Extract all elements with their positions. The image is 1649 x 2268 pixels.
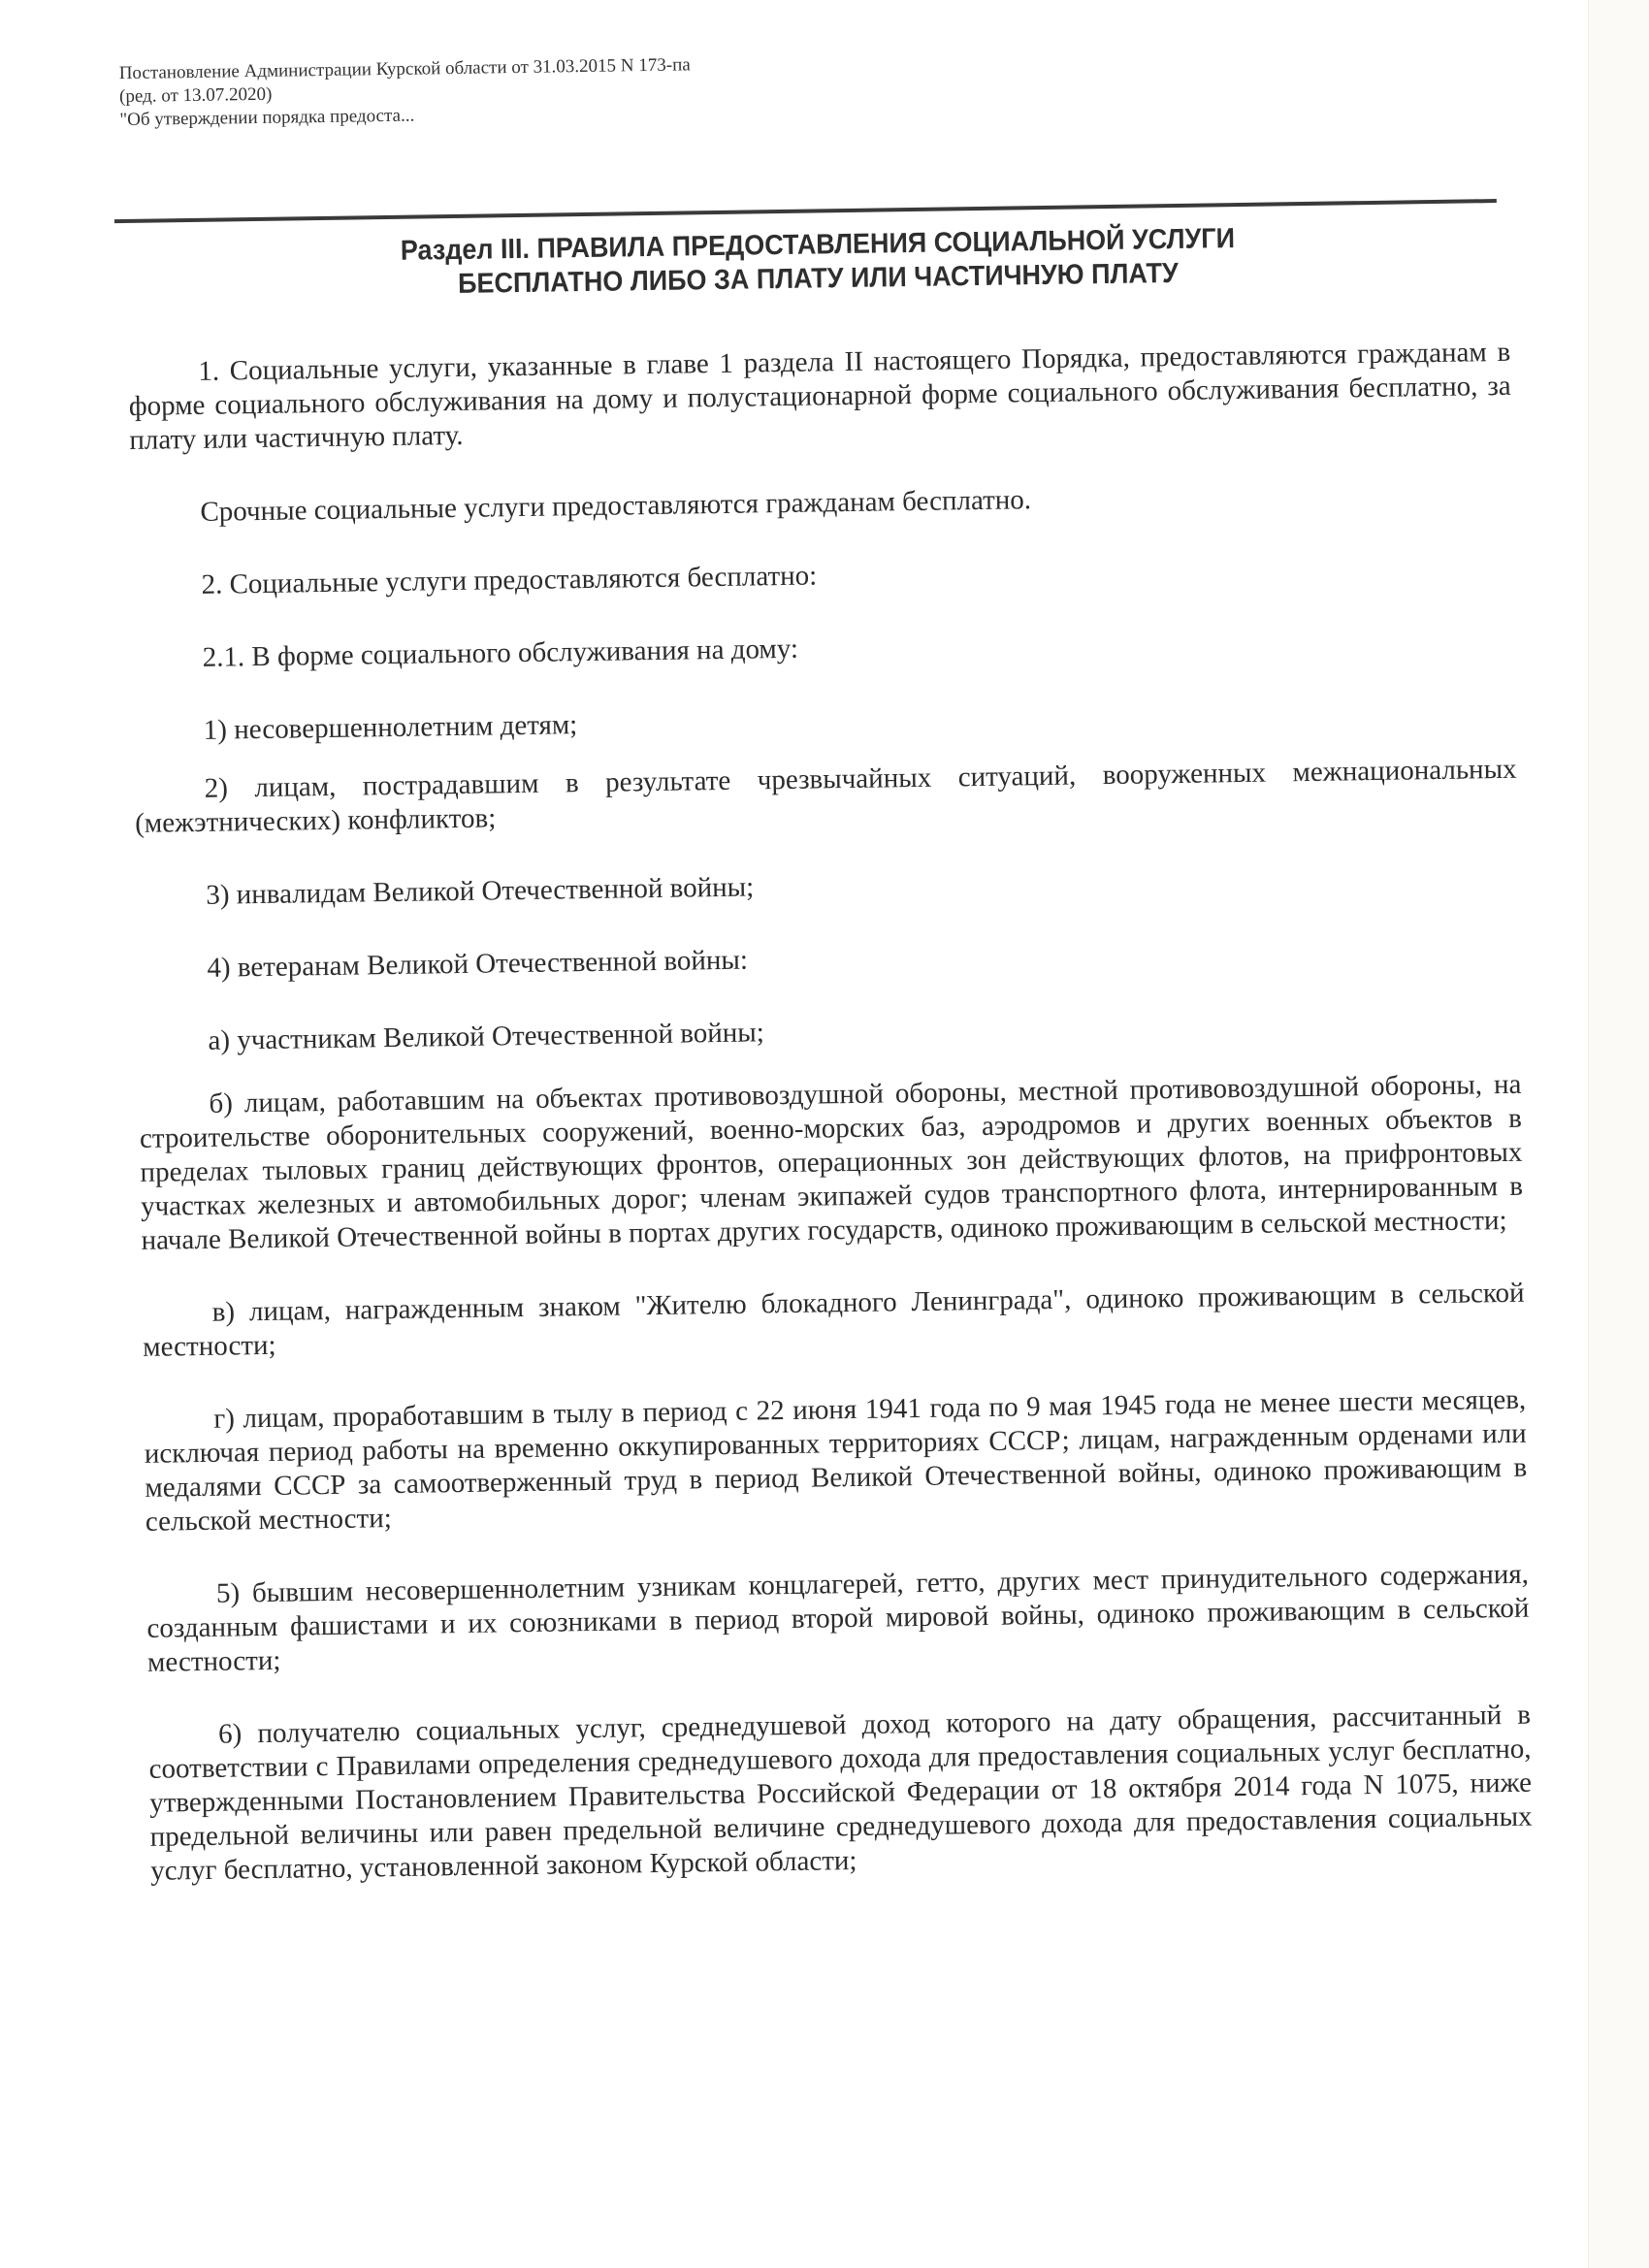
document-header: Постановление Администрации Курской обла…: [119, 53, 692, 132]
document-body: 1. Социальные услуги, указанные в главе …: [128, 336, 1534, 1928]
paragraph-1: 1. Социальные услуги, указанные в главе …: [128, 336, 1511, 458]
paragraph-urgent-services: Срочные социальные услуги предоставляютс…: [130, 476, 1512, 531]
list-item-4a: а) участникам Великой Отечественной войн…: [138, 1005, 1520, 1059]
list-item-1: 1) несовершеннолетним детям;: [134, 695, 1516, 749]
list-item-4g: г) лицам, проработавшим в тылу в период …: [144, 1383, 1528, 1539]
list-item-4v: в) лицам, награжденным знаком "Жителю бл…: [142, 1277, 1525, 1365]
list-item-5: 5) бывшим несовершеннолетним узникам кон…: [146, 1558, 1530, 1680]
section-title: Раздел III. ПРАВИЛА ПРЕДОСТАВЛЕНИЯ СОЦИА…: [175, 219, 1461, 307]
header-divider-rule: [114, 199, 1497, 223]
list-item-6: 6) получателю социальных услуг, среднеду…: [148, 1699, 1533, 1889]
document-page: Постановление Администрации Курской обла…: [0, 0, 1618, 2268]
list-item-4: 4) ветеранам Великой Отечественной войны…: [137, 932, 1519, 987]
paragraph-2: 2. Социальные услуги предоставляются бес…: [131, 549, 1513, 603]
list-item-4b: б) лицам, работавшим на объектах противо…: [139, 1068, 1523, 1258]
list-item-2: 2) лицам, пострадавшим в результате чрез…: [134, 753, 1517, 841]
paragraph-2-1: 2.1. В форме социального обслуживания на…: [132, 622, 1514, 676]
list-item-3: 3) инвалидам Великой Отечественной войны…: [136, 859, 1518, 914]
